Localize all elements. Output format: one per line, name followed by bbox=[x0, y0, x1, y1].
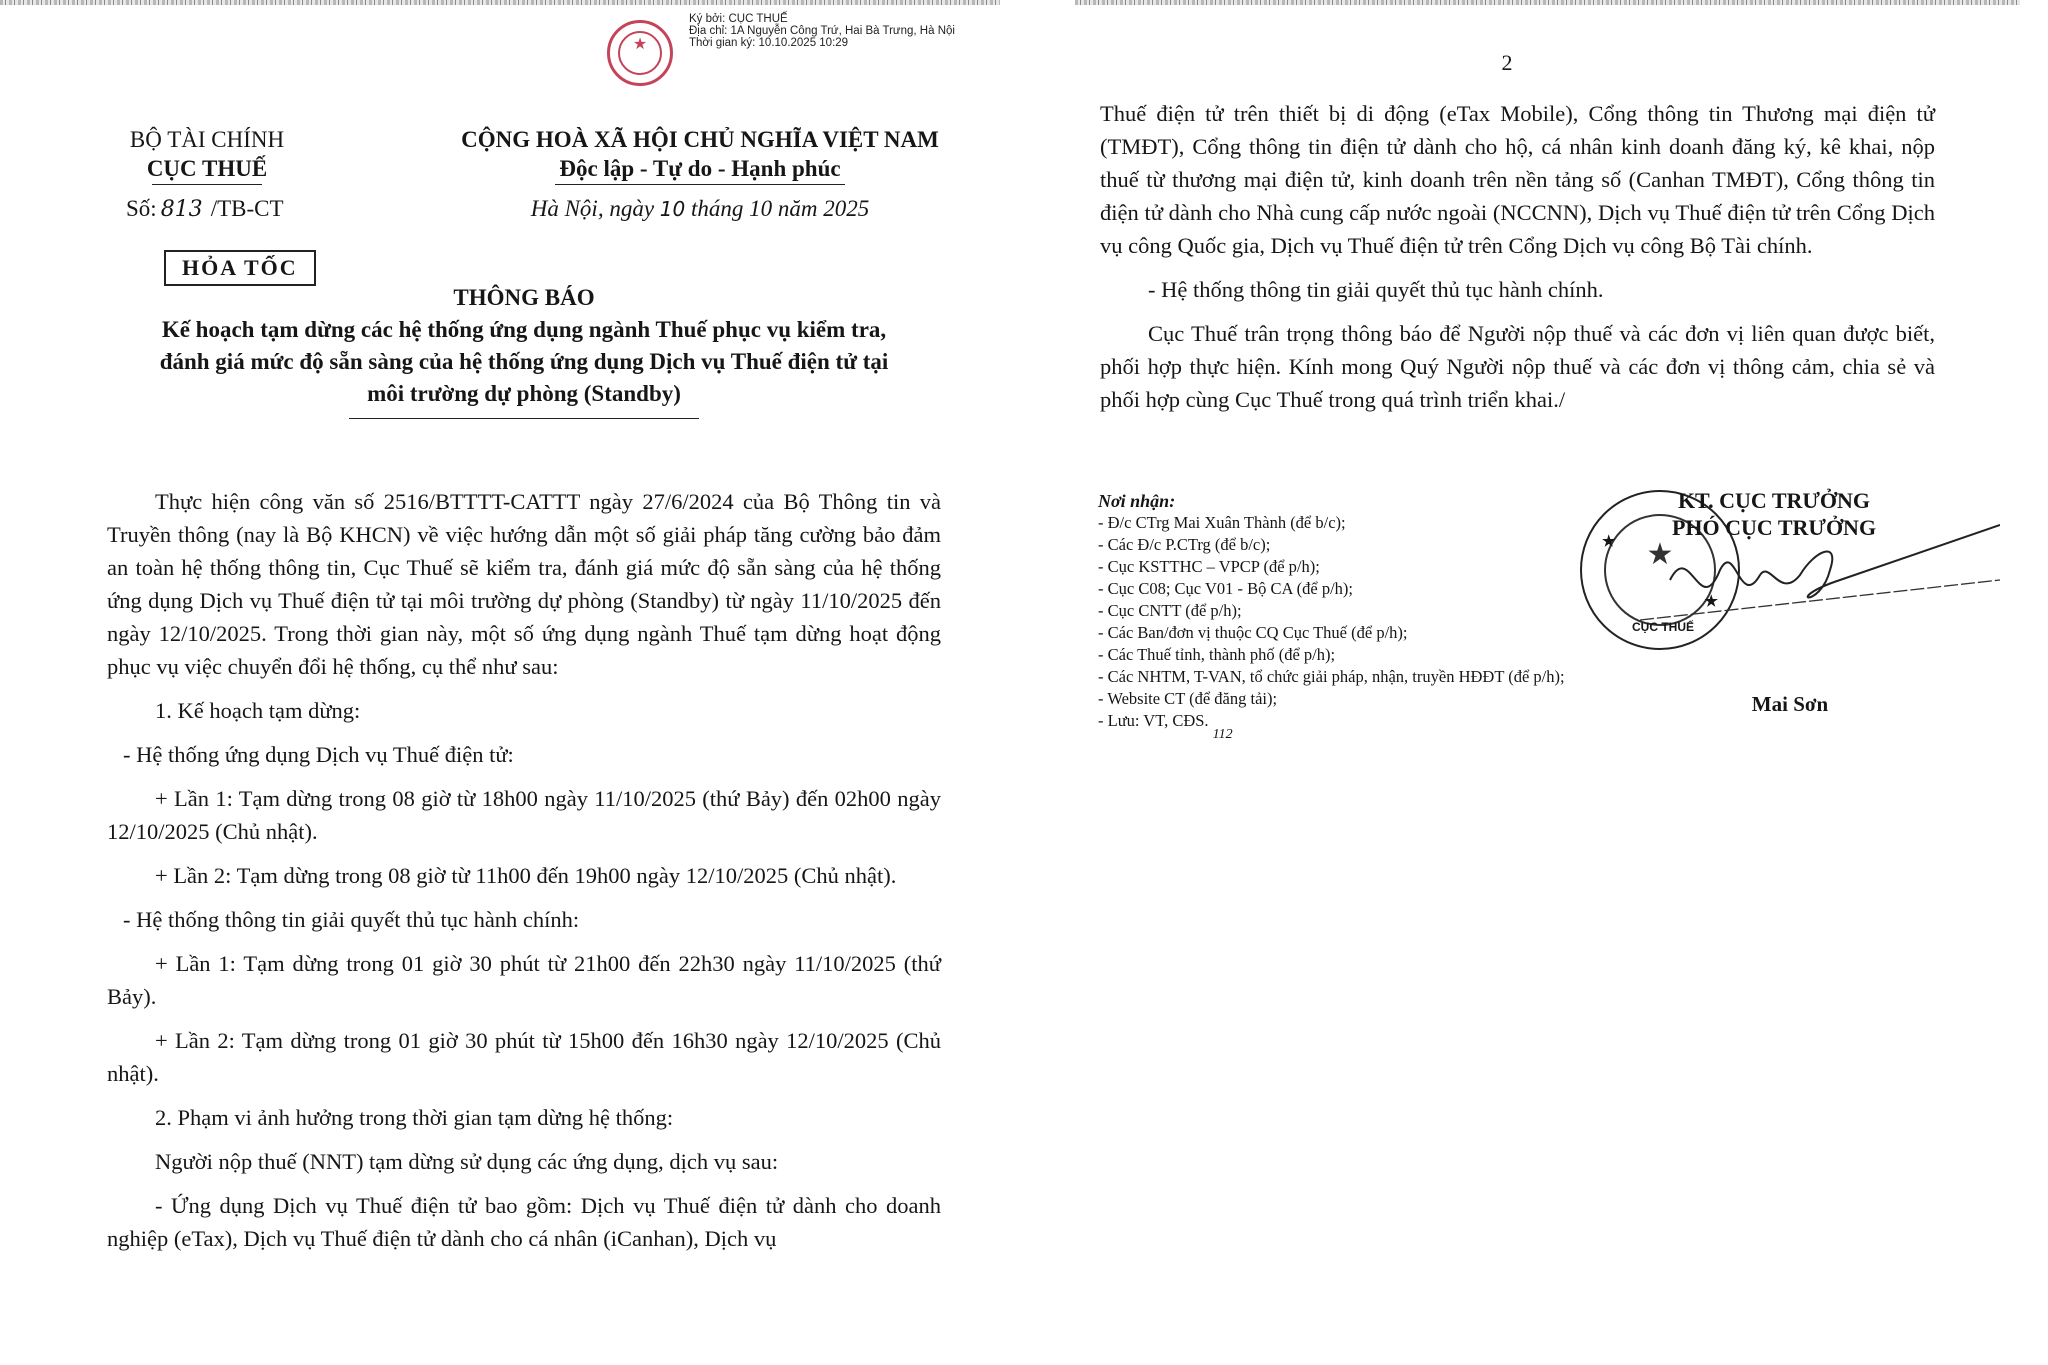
signer-name: Mai Sơn bbox=[1660, 692, 1920, 717]
signature-block: KT. CỤC TRƯỞNG PHÓ CỤC TRƯỞNG bbox=[1610, 487, 2030, 541]
paragraph: Người nộp thuế (NNT) tạm dừng sử dụng cá… bbox=[107, 1145, 941, 1178]
paragraph: + Lần 1: Tạm dừng trong 08 giờ từ 18h00 … bbox=[107, 782, 941, 848]
ministry-name: BỘ TÀI CHÍNH bbox=[97, 125, 317, 154]
digital-signature-info: Ký bởi: CỤC THUẾ Địa chỉ: 1A Nguyễn Công… bbox=[689, 13, 955, 49]
paragraph: Cục Thuế trân trọng thông báo để Người n… bbox=[1100, 317, 1935, 416]
paragraph: Thuế điện tử trên thiết bị di động (eTax… bbox=[1100, 97, 1935, 262]
paragraph: - Ứng dụng Dịch vụ Thuế điện tử bao gồm:… bbox=[107, 1189, 941, 1255]
handwritten-initials: 112 bbox=[1213, 727, 1233, 742]
section-heading: 2. Phạm vi ảnh hưởng trong thời gian tạm… bbox=[107, 1101, 941, 1134]
digital-signature-seal-icon: ★ bbox=[607, 20, 673, 86]
paragraph: Thực hiện công văn số 2516/BTTTT-CATTT n… bbox=[107, 485, 941, 683]
paragraph: + Lần 2: Tạm dừng trong 01 giờ 30 phút t… bbox=[107, 1024, 941, 1090]
motto: Độc lập - Tự do - Hạnh phúc bbox=[440, 154, 960, 183]
recipient-item: - Lưu: VT, CĐS. 112 bbox=[1098, 710, 1568, 734]
national-heading: CỘNG HOÀ XÃ HỘI CHỦ NGHĨA VIỆT NAM Độc l… bbox=[440, 125, 960, 185]
subject-line: môi trường dự phòng (Standby) bbox=[107, 378, 941, 410]
recipient-item: - Cục C08; Cục V01 - Bộ CA (để p/h); bbox=[1098, 578, 1568, 600]
doc-type: THÔNG BÁO bbox=[107, 282, 941, 314]
signature-title: PHÓ CỤC TRƯỞNG bbox=[1644, 514, 1904, 541]
page2-body: Thuế điện tử trên thiết bị di động (eTax… bbox=[1100, 97, 1935, 416]
signature-title: KT. CỤC TRƯỞNG bbox=[1644, 487, 1904, 514]
recipient-item: - Cục CNTT (để p/h); bbox=[1098, 600, 1568, 622]
signed-by: Ký bởi: CỤC THUẾ bbox=[689, 13, 955, 25]
recipient-item: - Các Thuế tỉnh, thành phố (để p/h); bbox=[1098, 644, 1568, 666]
paragraph: + Lần 1: Tạm dừng trong 01 giờ 30 phút t… bbox=[107, 947, 941, 1013]
issuing-agency: BỘ TÀI CHÍNH CỤC THUẾ bbox=[97, 125, 317, 185]
department-name: CỤC THUẾ bbox=[97, 154, 317, 183]
paragraph: - Hệ thống thông tin giải quyết thủ tục … bbox=[107, 903, 941, 936]
page1-body: Thực hiện công văn số 2516/BTTTT-CATTT n… bbox=[107, 485, 941, 1255]
recipient-item: - Đ/c CTrg Mai Xuân Thành (để b/c); bbox=[1098, 512, 1568, 534]
subject-line: đánh giá mức độ sẵn sàng của hệ thống ứn… bbox=[107, 346, 941, 378]
scan-edge-right bbox=[1075, 0, 2020, 5]
recipient-item: - Các Đ/c P.CTrg (để b/c); bbox=[1098, 534, 1568, 556]
handwritten-number: 813 bbox=[157, 197, 211, 222]
handwritten-day: 10 bbox=[660, 197, 685, 221]
signer-address: Địa chỉ: 1A Nguyễn Công Trứ, Hai Bà Trưn… bbox=[689, 25, 955, 37]
recipient-item: - Cục KSTTHC – VPCP (để p/h); bbox=[1098, 556, 1568, 578]
urgency-stamp: HỎA TỐC bbox=[164, 250, 316, 286]
document-date: Hà Nội, ngày 10 tháng 10 năm 2025 bbox=[440, 196, 960, 222]
divider bbox=[152, 184, 262, 185]
paragraph: - Hệ thống ứng dụng Dịch vụ Thuế điện tử… bbox=[107, 738, 941, 771]
recipients-list: Nơi nhận: - Đ/c CTrg Mai Xuân Thành (để … bbox=[1098, 490, 1568, 734]
divider bbox=[555, 184, 845, 185]
paragraph: - Hệ thống thông tin giải quyết thủ tục … bbox=[1100, 273, 1935, 306]
subject-line: Kế hoạch tạm dừng các hệ thống ứng dụng … bbox=[107, 314, 941, 346]
divider bbox=[349, 418, 699, 419]
recipient-item: - Website CT (để đăng tải); bbox=[1098, 688, 1568, 710]
paragraph: + Lần 2: Tạm dừng trong 08 giờ từ 11h00 … bbox=[107, 859, 941, 892]
page-number: 2 bbox=[1495, 50, 1519, 76]
recipients-heading: Nơi nhận: bbox=[1098, 490, 1568, 512]
section-heading: 1. Kế hoạch tạm dừng: bbox=[107, 694, 941, 727]
recipient-item: - Các NHTM, T-VAN, tổ chức giải pháp, nh… bbox=[1098, 666, 1568, 688]
document-title: THÔNG BÁO Kế hoạch tạm dừng các hệ thống… bbox=[107, 282, 941, 419]
scan-edge-left bbox=[0, 0, 1000, 5]
recipient-item: - Các Ban/đơn vị thuộc CQ Cục Thuế (để p… bbox=[1098, 622, 1568, 644]
nation-name: CỘNG HOÀ XÃ HỘI CHỦ NGHĨA VIỆT NAM bbox=[440, 125, 960, 154]
document-number: Số:813/TB-CT bbox=[126, 196, 284, 222]
signed-time: Thời gian ký: 10.10.2025 10:29 bbox=[689, 37, 955, 49]
